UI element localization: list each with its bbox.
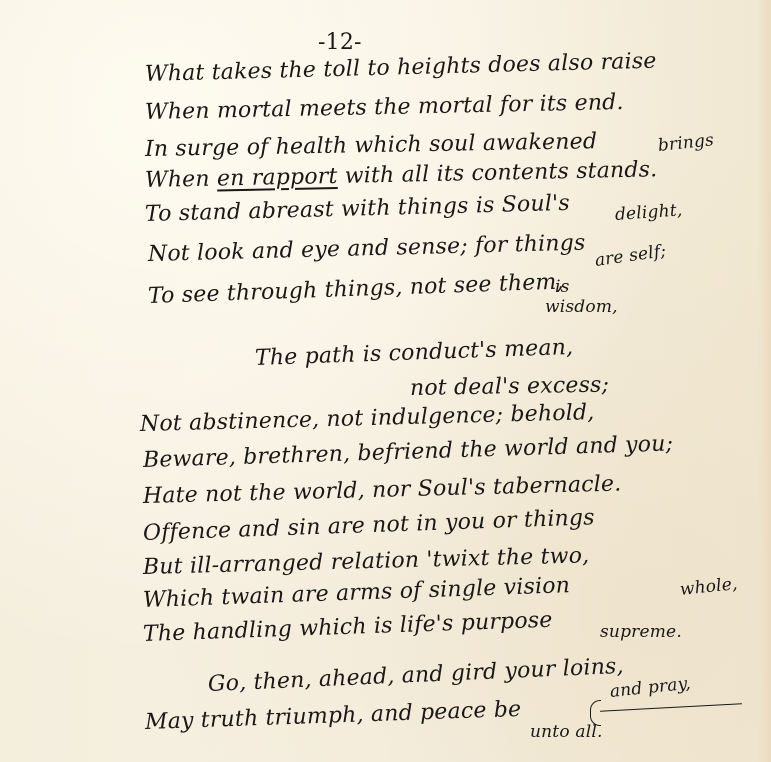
poem-line: When en rapport with all its contents st…	[145, 157, 658, 193]
poem-line: Not abstinence, not indulgence; behold,	[140, 400, 595, 437]
underlined-phrase: en rapport	[217, 164, 338, 192]
insertion-text: whole,	[679, 574, 739, 600]
insertion-text: are self;	[594, 241, 668, 271]
poem-line: Beware, brethren, befriend the world and…	[143, 431, 674, 473]
poem-line: May truth triumph, and peace be	[145, 697, 522, 735]
poem-line: Hate not the world, nor Soul's tabernacl…	[143, 471, 622, 509]
poem-line: not deal's excess;	[410, 373, 610, 401]
manuscript-page: -12- What takes the toll to heights does…	[0, 0, 771, 762]
poem-line: Offence and sin are not in you or things	[143, 505, 596, 546]
poem-line: Go, then, ahead, and gird your loins,	[207, 654, 624, 697]
poem-line: In surge of health which soul awakened	[145, 129, 598, 162]
underline-rule	[600, 703, 742, 711]
poem-line: Which twain are arms of single vision	[143, 573, 571, 613]
poem-line: What takes the toll to heights does also…	[145, 49, 657, 87]
insertion-text: is	[555, 277, 570, 297]
page-number: -12-	[318, 30, 362, 55]
insertion-text: unto all.	[530, 722, 603, 742]
poem-word: When	[145, 167, 210, 193]
poem-line: When mortal meets the mortal for its end…	[145, 90, 624, 125]
insertion-text: supreme.	[600, 622, 682, 642]
insertion-text: delight,	[614, 200, 683, 225]
poem-word: with all its contents stands.	[344, 157, 657, 189]
poem-line: Not look and eye and sense; for things	[148, 231, 586, 267]
poem-line: To stand abreast with things is Soul's	[145, 191, 570, 227]
insertion-text: wisdom,	[545, 297, 618, 317]
poem-line: The handling which is life's purpose	[143, 608, 553, 647]
insertion-text: brings	[657, 130, 715, 156]
poem-line: The path is conduct's mean,	[255, 335, 574, 371]
poem-line: To see through things, not see them,	[148, 269, 565, 309]
